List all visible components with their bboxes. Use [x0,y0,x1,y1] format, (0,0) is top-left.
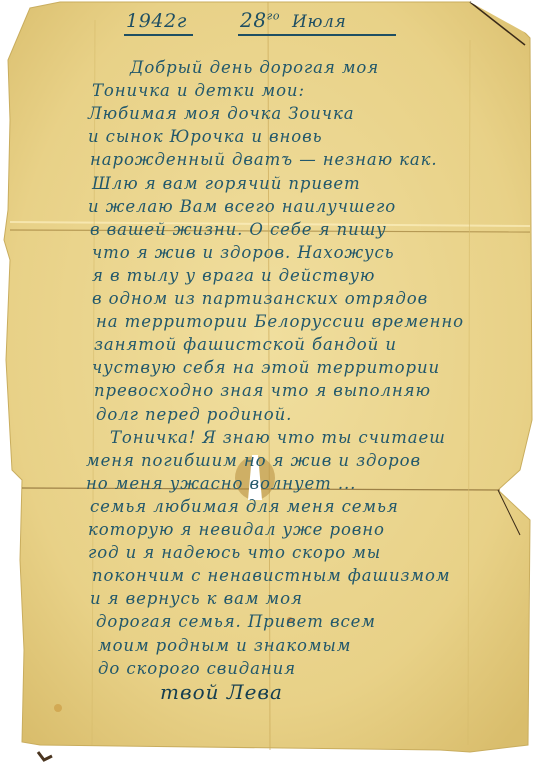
letter-line: чуствую себя на этой территории [92,358,440,377]
letter-line: и желаю Вам всего наилучшего [88,197,396,216]
letter-line: год и я надеюсь что скоро мы [88,543,381,562]
letter-line: до скорого свидания [98,659,296,678]
letter-line: покончим с ненавистным фашизмом [92,566,450,585]
letter-line: долг перед родиной. [96,405,292,424]
letter-date-day: 28гоИюля [238,8,396,36]
letter-line: Шлю я вам горячий привет [92,174,361,193]
letter-line: на территории Белоруссии временно [96,312,464,331]
letter-line: но меня ужасно волнует ... [86,474,356,493]
day-number: 28 [240,8,267,32]
letter-line: и я вернусь к вам моя [90,589,303,608]
letter-line: Тоничка и детки мои: [92,81,305,100]
letter-line: превосходно зная что я выполняю [94,381,431,400]
letter-signature: твой Лева [160,680,283,704]
letter-line: в одном из партизанских отрядов [92,289,428,308]
letter-line: я в тылу у врага и действую [92,266,375,285]
letter-line: и сынок Юрочка и вновь [88,127,323,146]
letter-date-month: Июля [292,12,346,32]
letter-line: моим родным и знакомым [98,636,351,655]
letter-line: что я жив и здоров. Нахожусь [92,243,395,262]
letter-line: Добрый день дорогая моя [130,58,379,77]
letter-line: Тоничка! Я знаю что ты считаеш [110,428,446,447]
letter-line: которую я невидал уже ровно [88,520,385,539]
letter-line: занятой фашистской бандой и [94,335,397,354]
letter-line: дорогая семья. Привет всем [96,612,376,631]
letter-line: семья любимая для меня семья [90,497,399,516]
letter-line: меня погибшим но я жив и здоров [86,451,421,470]
letter-line: нарожденный дватъ — незнаю как. [90,150,438,169]
letter-date-year: 1942г [124,10,193,36]
day-suffix: го [267,9,280,22]
letter-line: Любимая моя дочка Зоичка [88,104,354,123]
letter-line: в вашей жизни. О себе я пишу [90,220,387,239]
